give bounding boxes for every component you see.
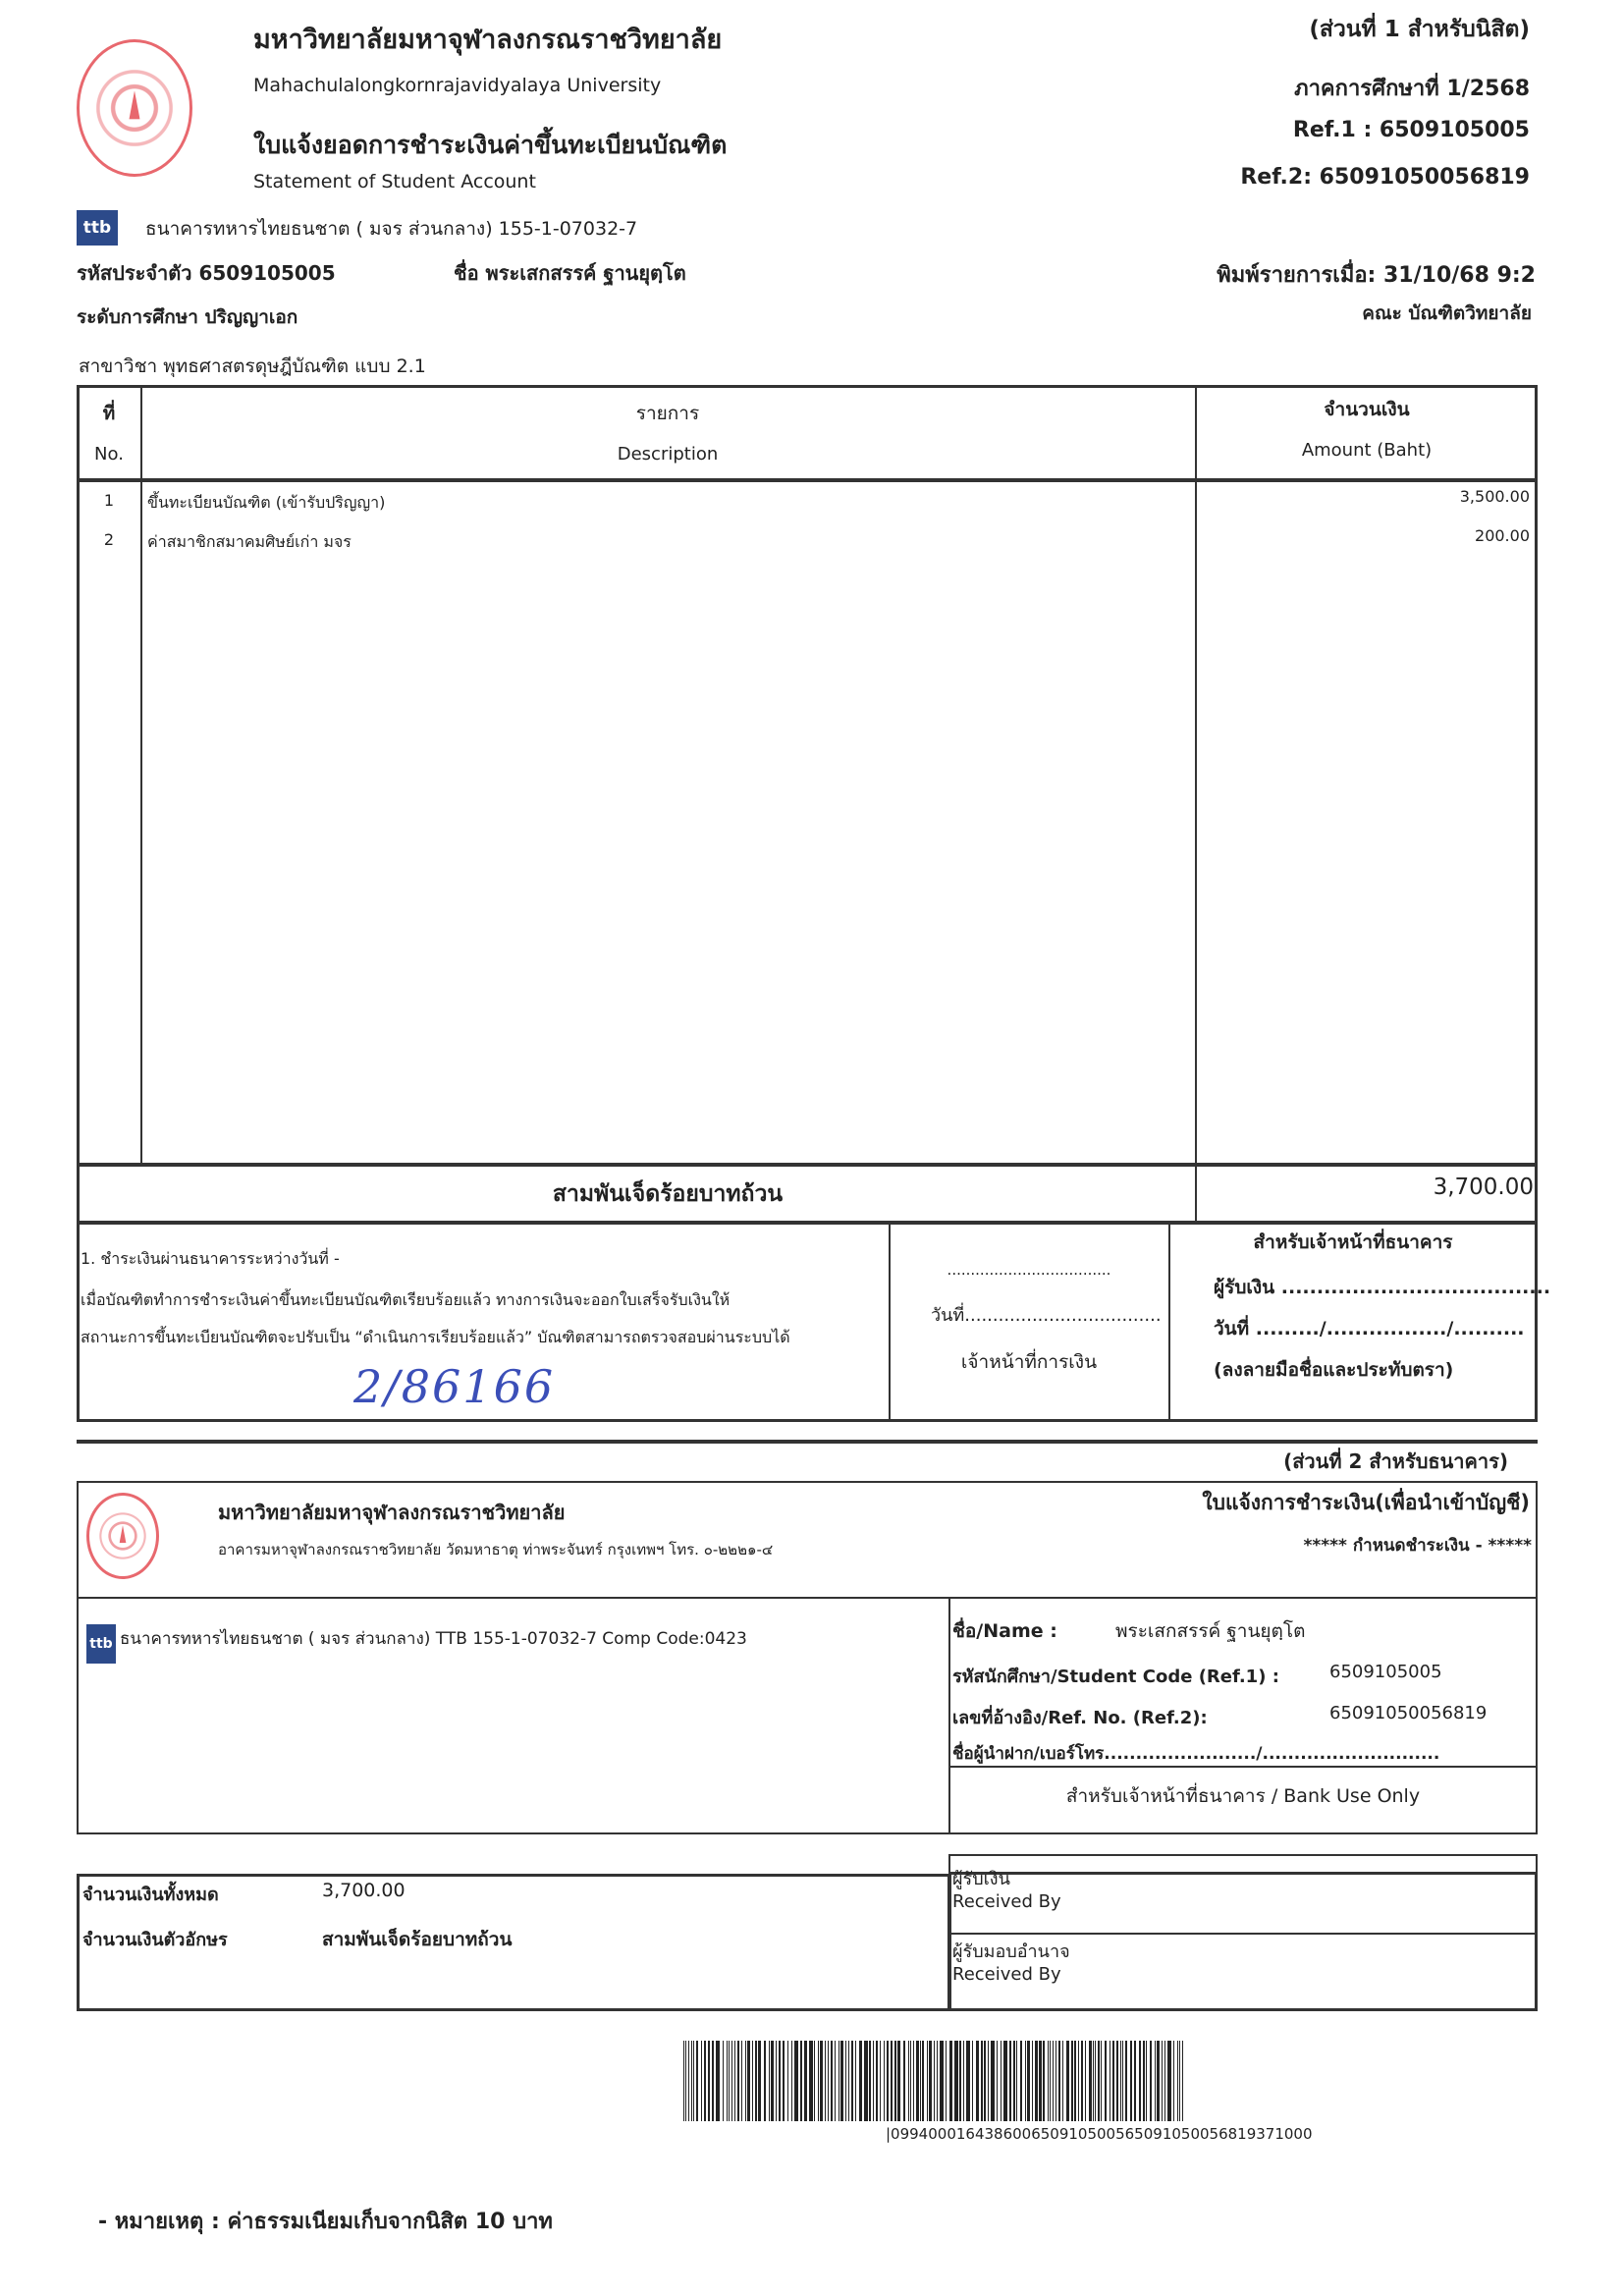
- student-code-label: รหัสนักศึกษา/Student Code (Ref.1) :: [952, 1662, 1279, 1690]
- row-amount: 200.00: [1475, 526, 1530, 545]
- row-number: 1: [79, 491, 139, 510]
- bank-officer-title: สำหรับเจ้าหน้าที่ธนาคาร: [1170, 1228, 1536, 1257]
- part-2-header-right: [1536, 1481, 1538, 1599]
- ref-no-value: 65091050056819: [1329, 1703, 1487, 1723]
- total-label: จำนวนเงินทั้งหมด: [82, 1880, 219, 1908]
- university-seal-small-icon: [86, 1493, 159, 1579]
- col-header-desc-en: Description: [142, 444, 1193, 465]
- received-by-en: Received By: [952, 1891, 1061, 1912]
- payment-barcode: [683, 2041, 1528, 2121]
- due-date-line: ***** กำหนดชำระเงิน - *****: [1304, 1532, 1533, 1558]
- program: สาขาวิชา พุทธศาสตรดุษฎีบัณฑิต แบบ 2.1: [79, 352, 426, 381]
- faculty: คณะ บัณฑิตวิทยาลัย: [1362, 299, 1532, 328]
- finance-signature-line: ...................................: [891, 1261, 1167, 1279]
- degree-level: ระดับการศึกษา ปริญญาเอก: [77, 302, 298, 332]
- col-header-amount-en: Amount (Baht): [1198, 440, 1536, 461]
- ttb-bank-logo-small-icon: ttb: [86, 1624, 116, 1664]
- name-label: ชื่อ/Name :: [952, 1616, 1057, 1646]
- row-description: ขึ้นทะเบียนบัณฑิต (เข้ารับปริญญา): [147, 491, 385, 516]
- header-divider: [77, 478, 1538, 482]
- part-2-university-name: มหาวิทยาลัยมหาจุฬาลงกรณราชวิทยาลัย: [218, 1497, 565, 1528]
- total-text-value: สามพันเจ็ดร้อยบาทถ้วน: [322, 1925, 512, 1954]
- university-seal-icon: [77, 39, 192, 177]
- row-number: 2: [79, 530, 139, 549]
- document-title-en: Statement of Student Account: [253, 171, 536, 192]
- student-name: ชื่อ พระเสกสรรค์ ฐานยุตฺโต: [454, 257, 686, 289]
- col-header-amount-th: จำนวนเงิน: [1198, 395, 1536, 424]
- part-2-address: อาคารมหาจุฬาลงกรณราชวิทยาลัย วัดมหาธาตุ …: [218, 1538, 773, 1561]
- university-name-en: Mahachulalongkornrajavidyalaya Universit…: [253, 75, 661, 96]
- payment-note-3: สถานะการขึ้นทะเบียนบัณฑิตจะปรับเป็น “ดำเ…: [81, 1326, 790, 1350]
- slip-title: ใบแจ้งการชำระเงิน(เพื่อนำเข้าบัญชี): [1202, 1487, 1530, 1519]
- payment-note-2: เมื่อบัณฑิตทำการชำระเงินค่าขึ้นทะเบียนบั…: [81, 1288, 730, 1313]
- total-amount: 3,700.00: [1434, 1175, 1534, 1200]
- part-2-label: (ส่วนที่ 2 สำหรับธนาคาร): [1283, 1446, 1508, 1477]
- finance-officer-title: เจ้าหน้าที่การเงิน: [891, 1347, 1167, 1377]
- col-header-no-th: ที่: [79, 399, 139, 428]
- total-value: 3,700.00: [322, 1880, 406, 1901]
- bank-receiver-line: ผู้รับเงิน .............................…: [1214, 1273, 1550, 1302]
- ref-no-label: เลขที่อ้างอิง/Ref. No. (Ref.2):: [952, 1703, 1208, 1731]
- col-divider-amount: [1195, 387, 1197, 1222]
- col-header-desc-th: รายการ: [142, 399, 1193, 428]
- ref-1: Ref.1 : 6509105005: [1293, 118, 1530, 142]
- payment-note-1: 1. ชำระเงินผ่านธนาคารระหว่างวันที่ -: [81, 1247, 340, 1272]
- bank-account-line: ธนาคารทหารไทยธนชาต ( มจร ส่วนกลาง) 155-1…: [145, 214, 637, 244]
- authorized-en: Received By: [952, 1964, 1061, 1985]
- notes-divider-1: [889, 1224, 891, 1420]
- received-by-divider: [948, 1933, 1538, 1935]
- part-2-bank-line: ธนาคารทหารไทยธนชาต ( มจร ส่วนกลาง) TTB 1…: [120, 1625, 747, 1652]
- depositor-line: ชื่อผู้นำฝาก/เบอร์โทร...................…: [952, 1740, 1439, 1767]
- cut-line: [77, 1440, 1538, 1444]
- handwritten-receipt-number: 2/86166: [353, 1360, 555, 1413]
- row-amount: 3,500.00: [1460, 487, 1530, 506]
- document-title-th: ใบแจ้งยอดการชำระเงินค่าขึ้นทะเบียนบัณฑิต: [253, 126, 727, 165]
- footer-remark: - หมายเหตุ : ค่าธรรมเนียมเก็บจากนิสิต 10…: [98, 2204, 553, 2238]
- authorized-th: ผู้รับมอบอำนาจ: [952, 1937, 1070, 1965]
- ttb-bank-logo-icon: ttb: [77, 210, 118, 246]
- name-value: พระเสกสรรค์ ฐานยุตฺโต: [1115, 1616, 1305, 1646]
- part-1-label: (ส่วนที่ 1 สำหรับนิสิต): [1309, 12, 1530, 47]
- col-divider-no: [140, 387, 142, 1163]
- printed-at: พิมพ์รายการเมื่อ: 31/10/68 9:2: [1217, 257, 1536, 292]
- total-amount-text: สามพันเจ็ดร้อยบาทถ้วน: [142, 1176, 1193, 1212]
- bank-date-line: วันที่ ........./................./.....…: [1214, 1314, 1525, 1343]
- ref-2: Ref.2: 65091050056819: [1240, 165, 1530, 190]
- semester: ภาคการศึกษาที่ 1/2568: [1294, 71, 1530, 105]
- barcode-text: |099400016438600650910500565091050056819…: [886, 2125, 1313, 2143]
- student-code-value: 6509105005: [1329, 1662, 1442, 1682]
- received-by-th: ผู้รับเงิน: [952, 1864, 1010, 1892]
- total-text-label: จำนวนเงินตัวอักษร: [82, 1925, 228, 1953]
- total-divider: [77, 1163, 1538, 1167]
- finance-date-line: วันที่..................................…: [931, 1300, 1162, 1329]
- student-id: รหัสประจำตัว 6509105005: [77, 257, 336, 289]
- university-name-th: มหาวิทยาลัยมหาจุฬาลงกรณราชวิทยาลัย: [253, 18, 722, 60]
- bank-use-only-label: สำหรับเจ้าหน้าที่ธนาคาร / Bank Use Only: [948, 1781, 1538, 1811]
- col-header-no-en: No.: [79, 444, 139, 465]
- row-description: ค่าสมาชิกสมาคมศิษย์เก่า มจร: [147, 530, 352, 555]
- bank-sign-note: (ลงลายมือชื่อและประทับตรา): [1214, 1355, 1453, 1385]
